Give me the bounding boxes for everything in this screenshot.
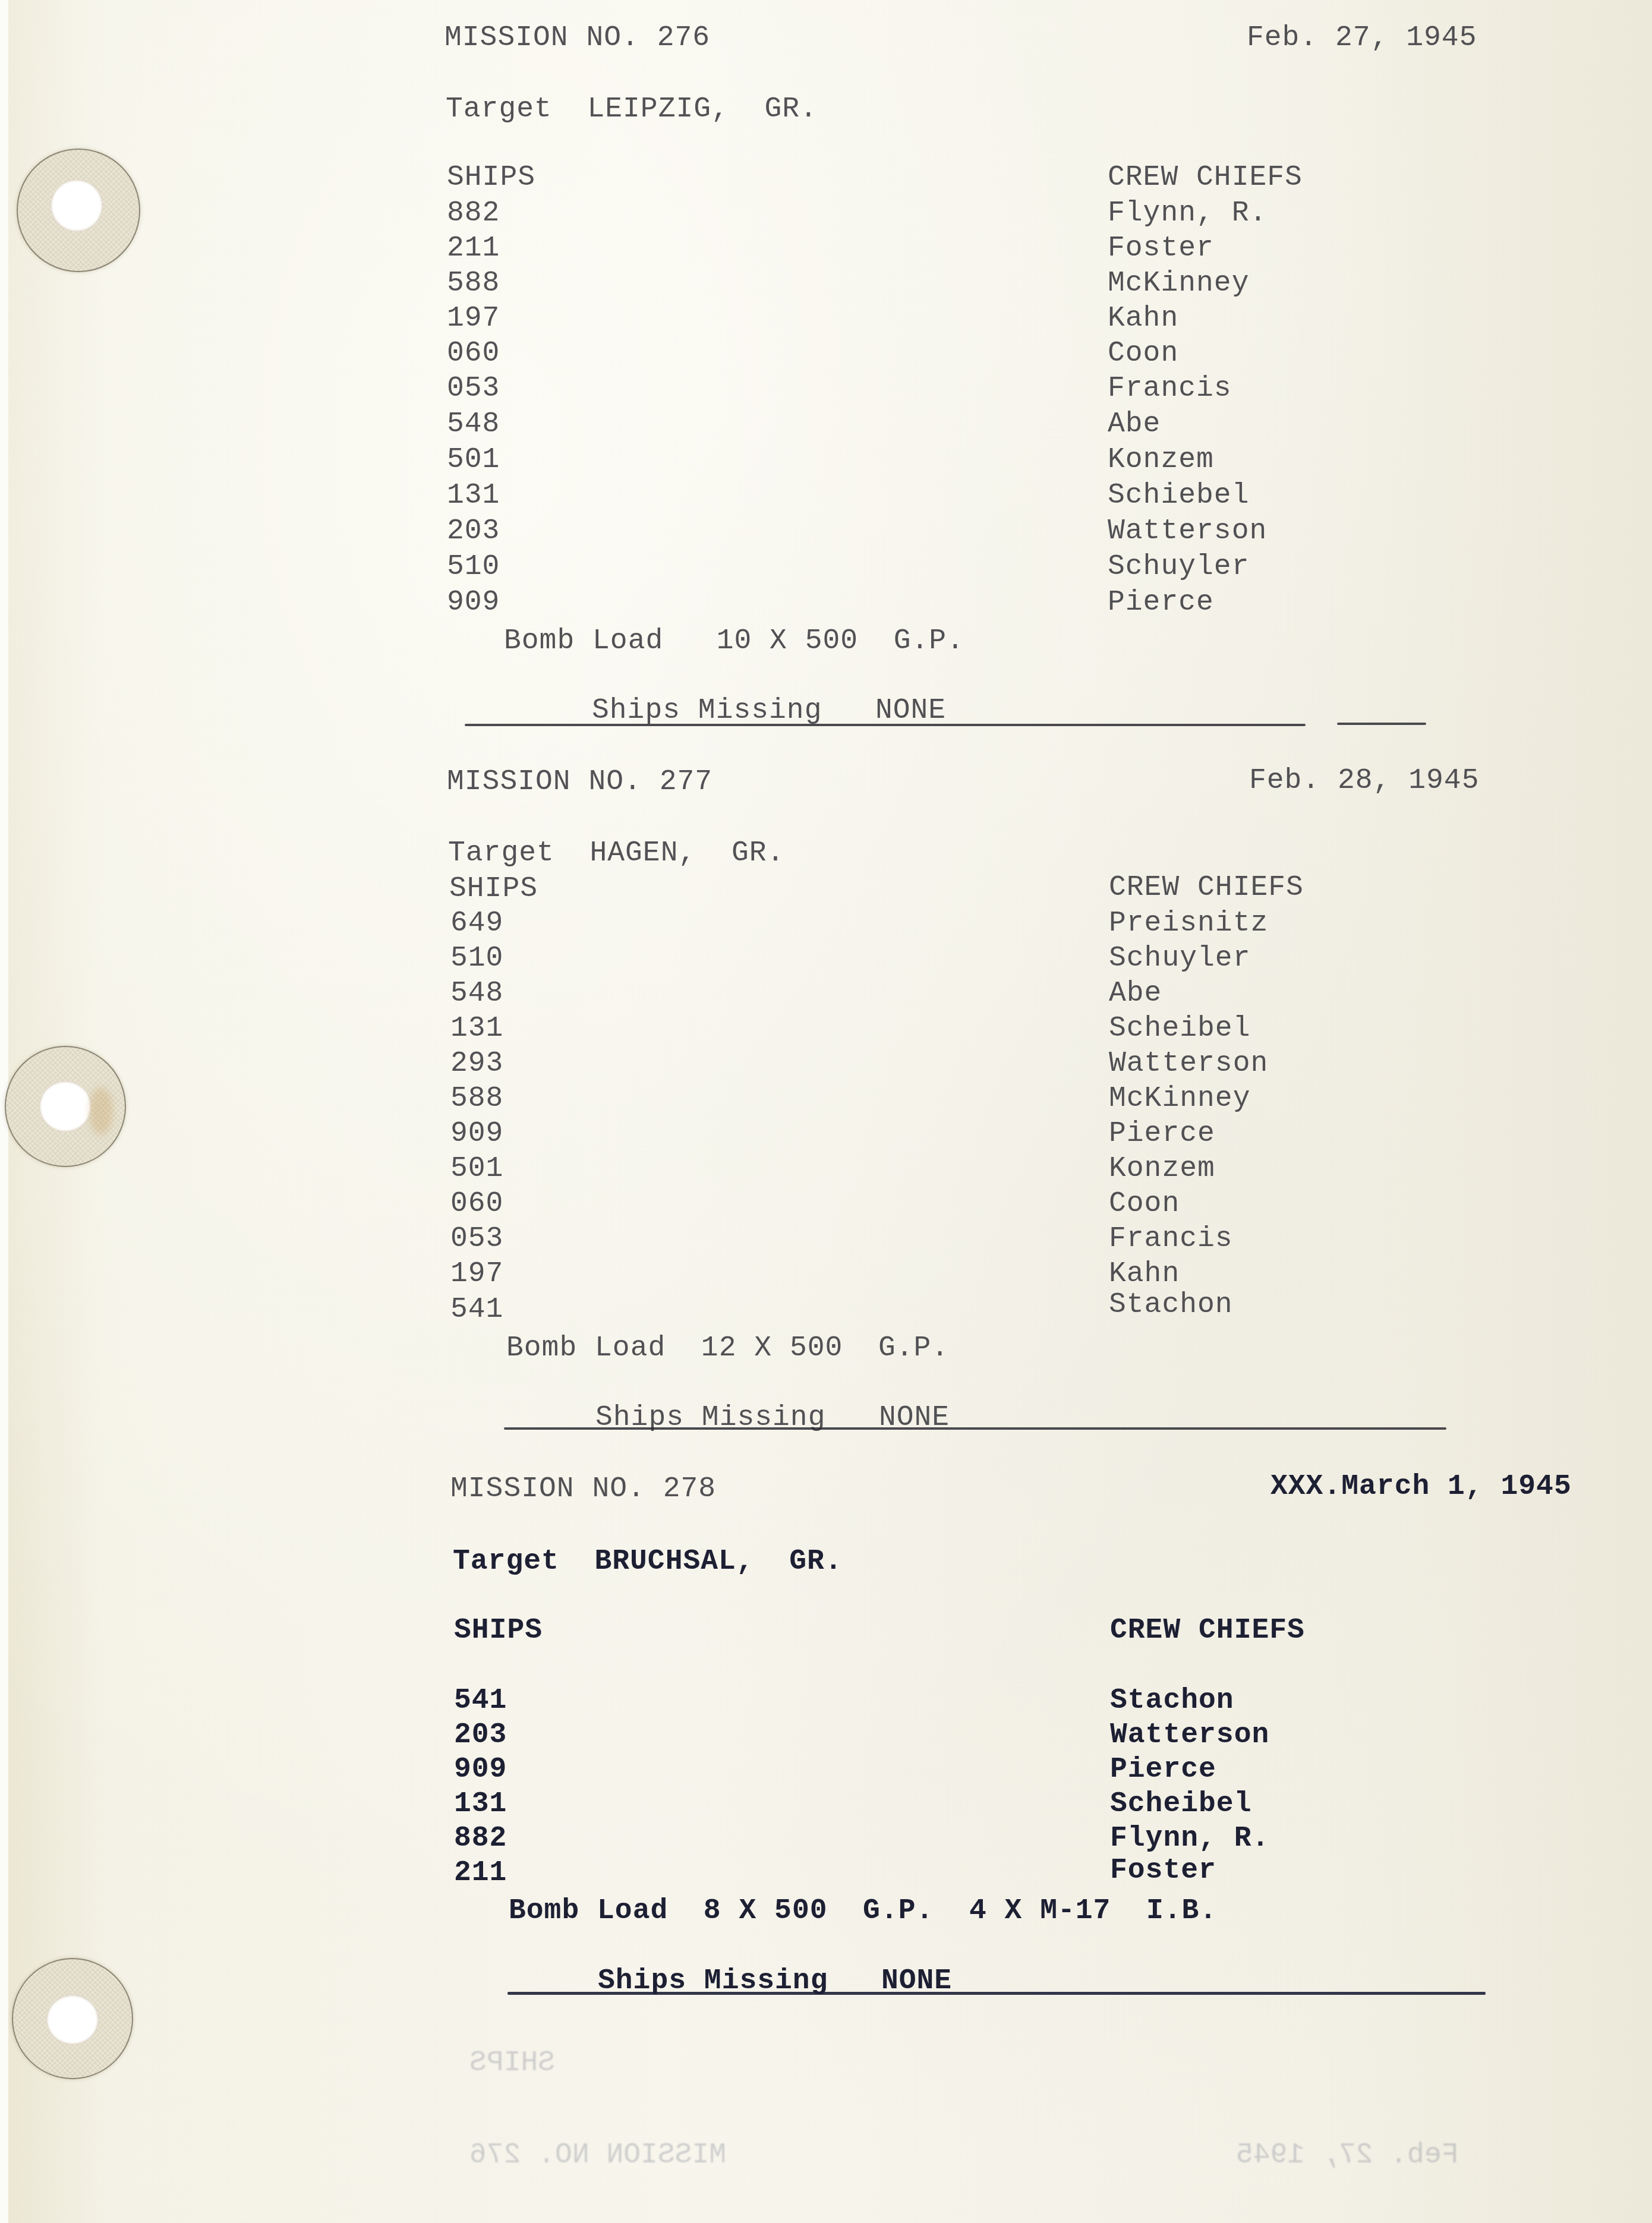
ship-number: 541 [450,1295,503,1324]
crew-chief: Kahn [1108,304,1178,333]
crew-chief: Schuyler [1108,553,1249,581]
ship-number: 211 [454,1859,507,1887]
ship-number: 203 [454,1721,507,1749]
crew-chief: Stachon [1109,1291,1233,1319]
ships-header: SHIPS [447,163,535,192]
crew-chief: Preisnitz [1109,909,1268,938]
ship-number: 293 [450,1049,503,1078]
crew-chief: Abe [1109,979,1162,1008]
mission-target: Target HAGEN, GR. [448,839,784,868]
crew-chief: Pierce [1110,1755,1216,1784]
section-divider [507,1992,1486,1995]
crew-chief: Pierce [1109,1120,1215,1148]
ship-number: 541 [454,1686,507,1715]
mission-number: MISSION NO. 276 [444,24,710,52]
crew-chief: McKinney [1108,269,1249,298]
crew-chief: Stachon [1110,1686,1234,1715]
crew-chief: Konzem [1108,446,1214,474]
crew-chief: Watterson [1109,1049,1268,1078]
section-divider [465,724,1306,726]
section-divider-tail [1337,723,1426,725]
ship-number: 510 [450,944,503,973]
show-through-mission: MISSION NO. 276 [469,2139,726,2171]
crew-chief: Watterson [1110,1721,1269,1749]
show-through-date: Feb. 27, 1945 [1236,2139,1458,2171]
section-divider [504,1427,1446,1430]
ship-number: 501 [450,1155,503,1183]
show-through-ships: SHIPS [469,2047,555,2079]
crew-chief: Foster [1108,234,1214,263]
ship-number: 060 [450,1190,503,1218]
ship-number: 211 [447,234,500,263]
crew-chief: Pierce [1108,588,1214,617]
crew-chief: Schuyler [1109,944,1250,973]
ship-number: 649 [450,909,503,938]
bomb-load: Bomb Load 12 X 500 G.P. [506,1334,949,1363]
binder-hole-top-opening [51,179,103,232]
mission-target: Target BRUCHSAL, GR. [453,1547,843,1576]
rust-stain [89,1087,113,1135]
ship-number: 548 [450,979,503,1008]
ship-number: 131 [447,481,500,510]
crew-chief: Konzem [1109,1155,1215,1183]
ship-number: 131 [450,1014,503,1043]
ships-missing: Ships Missing NONE [592,696,946,725]
ship-number: 588 [447,269,500,298]
mission-number: MISSION NO. 277 [447,768,712,796]
crew-chief: Flynn, R. [1110,1824,1269,1853]
crew-chief: Francis [1109,1225,1233,1253]
crew-chief: Kahn [1109,1260,1180,1288]
ship-number: 060 [447,339,500,368]
ship-number: 882 [454,1824,507,1853]
crew-chiefs-header: CREW CHIEFS [1110,1616,1305,1645]
crew-chief: Scheibel [1109,1014,1250,1043]
mission-number: MISSION NO. 278 [450,1475,716,1503]
crew-chief: Coon [1109,1190,1180,1218]
ship-number: 053 [450,1225,503,1253]
bomb-load: Bomb Load 8 X 500 G.P. 4 X M-17 I.B. [509,1897,1217,1925]
ship-number: 197 [450,1260,503,1288]
mission-date: Feb. 28, 1945 [1249,767,1479,795]
binder-hole-middle-opening [39,1081,92,1132]
mission-date: XXX.March 1, 1945 [1270,1472,1572,1501]
crew-chief: Flynn, R. [1108,199,1267,228]
ships-missing: Ships Missing NONE [598,1967,952,1995]
ship-number: 131 [454,1790,507,1818]
ship-number: 588 [450,1084,503,1113]
mission-date: Feb. 27, 1945 [1247,24,1477,52]
crew-chief: Francis [1108,374,1232,403]
crew-chief: Watterson [1108,517,1267,545]
ship-number: 197 [447,304,500,333]
ship-number: 510 [447,553,500,581]
ship-number: 909 [447,588,500,617]
crew-chief: Scheibel [1110,1790,1251,1818]
crew-chiefs-header: CREW CHIEFS [1109,874,1304,902]
typewritten-page [8,0,1652,2223]
ship-number: 909 [450,1120,503,1148]
crew-chief: Schiebel [1108,481,1249,510]
mission-target: Target LEIPZIG, GR. [446,95,818,124]
crew-chief: McKinney [1109,1084,1250,1113]
ship-number: 203 [447,517,500,545]
ship-number: 053 [447,374,500,403]
crew-chief: Coon [1108,339,1178,368]
ship-number: 882 [447,199,500,228]
crew-chiefs-header: CREW CHIEFS [1108,163,1303,192]
bomb-load: Bomb Load 10 X 500 G.P. [504,627,964,655]
ship-number: 501 [447,446,500,474]
binder-hole-bottom-opening [46,1995,99,2045]
ships-header: SHIPS [454,1616,543,1645]
ships-header: SHIPS [449,875,538,903]
crew-chief: Foster [1110,1856,1216,1885]
ship-number: 909 [454,1755,507,1784]
ship-number: 548 [447,410,500,439]
crew-chief: Abe [1108,410,1161,439]
